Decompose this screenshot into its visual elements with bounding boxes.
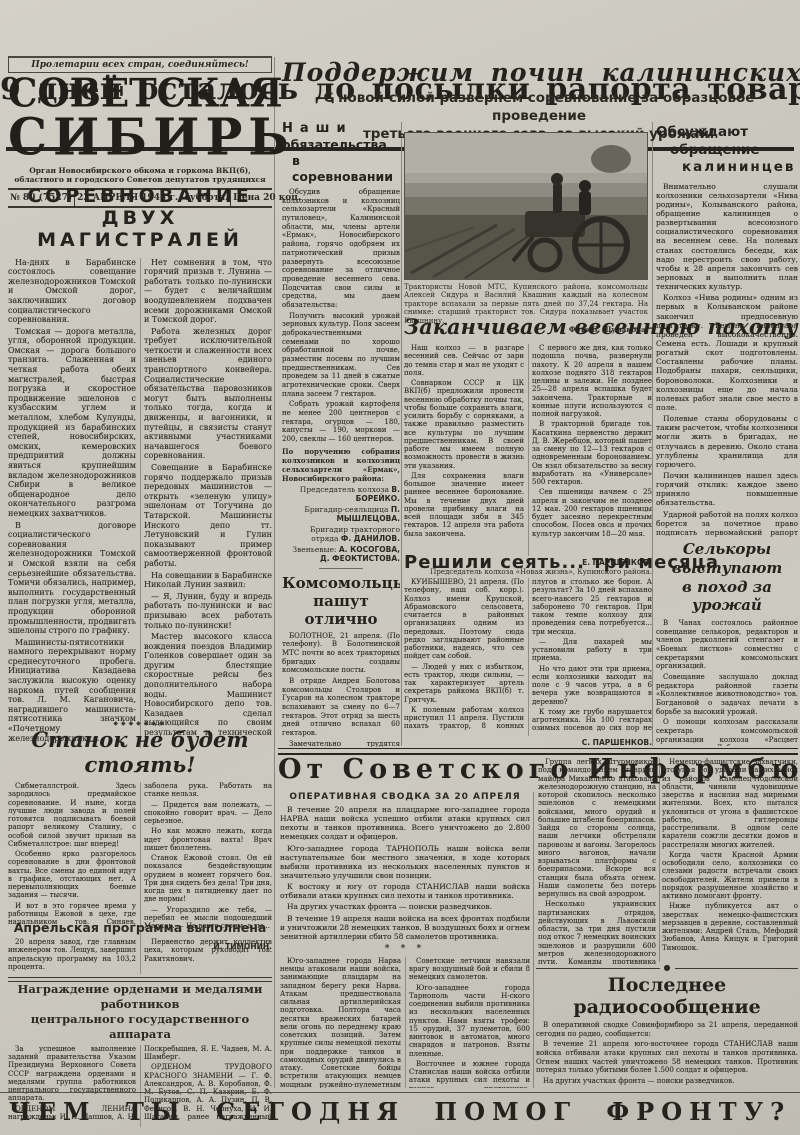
paragraph: Группа легких штурмовиков под командован… bbox=[538, 758, 656, 898]
dot-icon: ● bbox=[664, 964, 671, 972]
paragraph: В договоре социалистического соревновани… bbox=[8, 521, 136, 636]
article-title-line2: ДВУХ МАГИСТРАЛЕЙ bbox=[8, 208, 272, 252]
tractor-field-photo bbox=[405, 133, 647, 279]
article-decided-to-sow: Решили сеять... три месяца КУЙБЫШЕВО, 21… bbox=[404, 552, 652, 748]
radio-body: В оперативной сводке Совинформбюро за 21… bbox=[536, 1021, 798, 1088]
paragraph: Работа железных дорог требует исключител… bbox=[144, 327, 272, 461]
pakhota-body: Наш колхоз — в разгаре весенний сев. Сей… bbox=[404, 344, 652, 556]
discuss-title-line1: Обсуждают bbox=[656, 124, 798, 142]
ornament-line bbox=[675, 968, 799, 969]
paragraph: На совещании в Барабинске Николай Лунин … bbox=[144, 571, 272, 590]
svodka-continuation: Юго-западнее города Нарва немцы атаковал… bbox=[280, 957, 530, 1088]
komsomol-title-line2: пашут отлично bbox=[282, 592, 400, 628]
informburo-col3-body: Группа легких штурмовиков под командован… bbox=[538, 758, 656, 964]
article-selkory-campaign: Селькоры выступают в поход за урожай В Ч… bbox=[656, 540, 798, 746]
paragraph: Внимательно слушали колхозники сельхозар… bbox=[656, 182, 798, 292]
paragraph: Станок Ежовой стоял. Он ей показался без… bbox=[144, 854, 272, 904]
paragraph: Когда части Красной Армии освободили сел… bbox=[662, 851, 798, 901]
paragraph: — Людей у них с избытком, есть трактор, … bbox=[404, 663, 524, 704]
paragraph: На других участках фронта — поиски разве… bbox=[280, 902, 530, 911]
paragraph: Юго-западнее города Тарнополь части Н-ск… bbox=[409, 984, 530, 1058]
informburo-column-4: Немецко-фашистские захватчики, отступая … bbox=[662, 758, 798, 964]
signature-role: Председатель колхоза bbox=[300, 485, 389, 494]
divider-informburo-2 bbox=[659, 758, 660, 962]
paragraph: Несколько украинских партизанских отрядо… bbox=[538, 900, 656, 964]
paragraph: На других участках фронта — поиски разве… bbox=[536, 1077, 798, 1086]
discuss-body: Внимательно слушали колхозники сельхозар… bbox=[656, 182, 798, 538]
paragraph: На-днях в Барабинске состоялось совещани… bbox=[8, 258, 136, 325]
paragraph: Колхоз «Нива родины» одним из первых в К… bbox=[656, 293, 798, 412]
informburo-svodka: ОПЕРАТИВНАЯ СВОДКА ЗА 20 АПРЕЛЯ В течени… bbox=[280, 792, 530, 1088]
article-body: На-днях в Барабинске состоялось совещани… bbox=[8, 258, 272, 748]
column-obligations: Наши обязательства в соревновании Обсуди… bbox=[282, 121, 400, 747]
paragraph: Совнарком СССР и ЦК ВКП(б) предложили пр… bbox=[404, 379, 524, 470]
informburo-column-3: Группа легких штурмовиков под командован… bbox=[538, 758, 656, 964]
divider-informburo-1 bbox=[533, 792, 534, 1088]
article-last-radio-report: ● Последнее радиосообщение В оперативной… bbox=[536, 964, 798, 1088]
paragraph: В течение 20 апреля на плацдарме юго-зап… bbox=[280, 805, 530, 842]
paragraph: Нет сомнения в том, что горячий призыв т… bbox=[144, 258, 272, 325]
signature-row: Бригадир тракторного отряда Ф. ДАНИЛОВ. bbox=[282, 525, 400, 543]
komsomol-article-title: Комсомольцы пашут отлично bbox=[282, 574, 400, 628]
signature-row: С. ПАРШЕНКОВ. bbox=[404, 738, 652, 747]
obligations-title-line1: Наши bbox=[282, 121, 400, 137]
paragraph: В Чанах состоялось районное совещание се… bbox=[656, 619, 798, 671]
divider-left-column bbox=[274, 57, 275, 1088]
paragraph: 20 апреля завод, где главным инженером т… bbox=[8, 938, 136, 971]
paragraph: Советские летчики навязали врагу воздушн… bbox=[409, 957, 530, 982]
paragraph: В тракторной бригаде тов. Касаткина перв… bbox=[532, 420, 652, 486]
reshili-body: КУЙБЫШЕВО, 21 апреля. (По телефону, наш … bbox=[404, 578, 652, 736]
informburo-col4-body: Немецко-фашистские захватчики, отступая … bbox=[662, 758, 798, 952]
discuss-title-line3: калининцев bbox=[682, 159, 798, 177]
bottom-rule bbox=[0, 1092, 800, 1093]
feature-headline: Поддержим почин калининских колхозников bbox=[282, 58, 796, 87]
ornament-line bbox=[536, 968, 660, 969]
svodka-header: ОПЕРАТИВНАЯ СВОДКА ЗА 20 АПРЕЛЯ bbox=[280, 792, 530, 802]
paragraph: БОЛОТНОЕ, 21 апреля. (По телефону). В Бо… bbox=[282, 632, 400, 675]
divider-col-a bbox=[401, 122, 402, 746]
signature-row: Бригадир-сеяльщица П. МЫШЛЕЦОВА. bbox=[282, 505, 400, 523]
obligations-title-line3: в соревновании bbox=[292, 153, 400, 184]
divider-col-right bbox=[652, 122, 653, 746]
paragraph: Собрать урожай картофеля не менее 200 це… bbox=[282, 400, 400, 443]
article-spring-ploughing: Заканчиваем весеннюю пахоту Наш колхоз —… bbox=[404, 314, 652, 576]
paragraph: Томская — дорога металла, угля, оборонно… bbox=[8, 327, 136, 519]
stars-divider: * * * bbox=[280, 944, 530, 954]
selkory-body: В Чанах состоялось районное совещание се… bbox=[656, 619, 798, 746]
selkory-title-line2: в поход за урожай bbox=[656, 578, 798, 616]
discuss-title-line2: обращение bbox=[670, 142, 798, 160]
paragraph: Ниже публикуется акт о зверствах немецко… bbox=[662, 902, 798, 952]
paragraph: Наш колхоз — в разгаре весенний сев. Сей… bbox=[404, 344, 524, 377]
selkory-title: Селькоры выступают в поход за урожай bbox=[656, 540, 798, 615]
diamond-divider: ◆◆◆◆◆◆◆ bbox=[8, 720, 272, 727]
signature-row: Звеньевые: А. КОСОГОВА, Д. ФЕОКТИСТОВА. bbox=[282, 545, 400, 563]
paragraph: — Для пахарей мы установили работу в три… bbox=[532, 638, 652, 663]
section-divider bbox=[319, 568, 363, 569]
paragraph: Особенно ярко разгорелось соревнование в… bbox=[8, 850, 136, 900]
reshili-title: Решили сеять... три месяца bbox=[404, 552, 652, 573]
signature-name: Ф. ДАНИЛОВ. bbox=[341, 534, 400, 543]
signature-role: Бригадир-сеяльщица bbox=[304, 505, 388, 514]
paragraph: К востоку и югу от города СТАНИСЛАВ наши… bbox=[280, 882, 530, 900]
paragraph: — Придется вам полежать, — спокойно гово… bbox=[144, 801, 272, 826]
paragraph: Юго-западнее города Нарва немцы атаковал… bbox=[280, 957, 401, 1088]
paragraph: Первенство держит коллектив цеха, которы… bbox=[144, 938, 272, 963]
photo-block: Трактористы Новой МТС, Купинского района… bbox=[404, 132, 648, 334]
stanok-title: Станок не будет стоять! bbox=[8, 727, 272, 777]
april-body: 20 апреля завод, где главным инженером т… bbox=[8, 938, 272, 974]
paragraph: Для сохранения влаги большое значение им… bbox=[404, 472, 524, 538]
pakhota-title: Заканчиваем весеннюю пахоту bbox=[404, 314, 652, 339]
paper-title-line2: СИБИРЬ bbox=[8, 112, 272, 163]
paragraph: Получить высокий урожай зерновых культур… bbox=[282, 312, 400, 399]
signature-row: Председатель колхоза В. БОРЕЙКО. bbox=[282, 485, 400, 503]
paragraph: Но что дают эти три приема, если колхозн… bbox=[532, 665, 652, 706]
awards-title-line2: центрального государственного аппарата bbox=[8, 1012, 272, 1042]
article-competition-two-mainlines: СОРЕВНОВАНИЕ ДВУХ МАГИСТРАЛЕЙ На-днях в … bbox=[8, 186, 272, 748]
radio-ornament: ● bbox=[536, 964, 798, 972]
paragraph: За успешное выполнение заданий правитель… bbox=[8, 1045, 136, 1103]
april-title: Апрельская программа выполнена bbox=[8, 920, 272, 935]
paragraph: С первого же дня, как только подошла поч… bbox=[532, 344, 652, 418]
paragraph: Сибметаллстрой. Здесь зародилось предмай… bbox=[8, 782, 136, 848]
signature-name: С. ПАРШЕНКОВ. bbox=[582, 738, 652, 747]
paragraph: О помощи колхозам рассказали секретарь к… bbox=[656, 718, 798, 746]
obligations-title-line2: обязательства bbox=[282, 137, 400, 153]
paragraph: Ударной работой на полях колхоз борется … bbox=[656, 510, 798, 538]
svodka-body: В течение 20 апреля на плацдарме юго-зап… bbox=[280, 805, 530, 941]
paragraph: В течение 21 апреля юго-восточнее города… bbox=[536, 1040, 798, 1075]
paragraph: Почин калининцев нашел здесь горячий отк… bbox=[656, 471, 798, 508]
masthead-organ-line: Орган Новосибирского обкома и горкома ВК… bbox=[8, 166, 272, 185]
paragraph: Обсудив обращение колхозников и колхозни… bbox=[282, 188, 400, 309]
signature-role: Звеньевые: bbox=[292, 545, 336, 554]
article-machine-wont-stand: Станок не будет стоять! Сибметаллстрой. … bbox=[8, 727, 272, 952]
paragraph: Немецко-фашистские захватчики, отступая … bbox=[662, 758, 798, 849]
paragraph: В оперативной сводке Совинформбюро за 21… bbox=[536, 1021, 798, 1038]
awards-title-line1: Награждение орденами и медалями работник… bbox=[8, 982, 272, 1012]
obligations-byline: По поручению собрания колхозников и колх… bbox=[282, 447, 400, 483]
bottom-banner-headline: ЧЕМ ТЫ СЕГОДНЯ ПОМОГ ФРОНТУ? bbox=[0, 1097, 800, 1126]
radio-title: Последнее радиосообщение bbox=[536, 974, 798, 1018]
paragraph: Замечательно трудятся трактористы из бри… bbox=[282, 740, 400, 747]
stanok-body: Сибметаллстрой. Здесь зародилось предмай… bbox=[8, 782, 272, 940]
paragraph: — Я, Лунин, буду и впредь работать по-лу… bbox=[144, 592, 272, 630]
paragraph: Полевые станы оборудованы с таким расчет… bbox=[656, 414, 798, 469]
article-april-program: Апрельская программа выполнена 20 апреля… bbox=[8, 920, 272, 974]
paragraph: Сев пшеницы начнем с 25 апреля и закончи… bbox=[532, 488, 652, 538]
obligations-body: Обсудив обращение колхозников и колхозни… bbox=[282, 188, 400, 443]
komsomol-body: БОЛОТНОЕ, 21 апреля. (По телефону). В Бо… bbox=[282, 632, 400, 747]
paragraph: Но как можно лежать, когда идет фронтова… bbox=[144, 827, 272, 852]
komsomol-title-line1: Комсомольцы bbox=[282, 574, 400, 592]
article-title-line1: СОРЕВНОВАНИЕ bbox=[8, 186, 272, 208]
selkory-title-line1: Селькоры выступают bbox=[656, 540, 798, 578]
paragraph: Юго-западнее города ТАРНОПОЛЬ наши войск… bbox=[280, 844, 530, 881]
photo-image bbox=[404, 132, 648, 280]
paragraph: Совещание заслушало доклад редактора рай… bbox=[656, 673, 798, 716]
awards-title: Награждение орденами и медалями работник… bbox=[8, 982, 272, 1042]
paragraph: В течение 19 апреля наши войска на всех … bbox=[280, 914, 530, 941]
paragraph: В отряде Андрея Болотова комсомольцы Сто… bbox=[282, 677, 400, 738]
paragraph: КУЙБЫШЕВО, 21 апреля. (По телефону, наш … bbox=[404, 578, 524, 661]
paragraph: Совещание в Барабинске горячо поддержало… bbox=[144, 463, 272, 569]
